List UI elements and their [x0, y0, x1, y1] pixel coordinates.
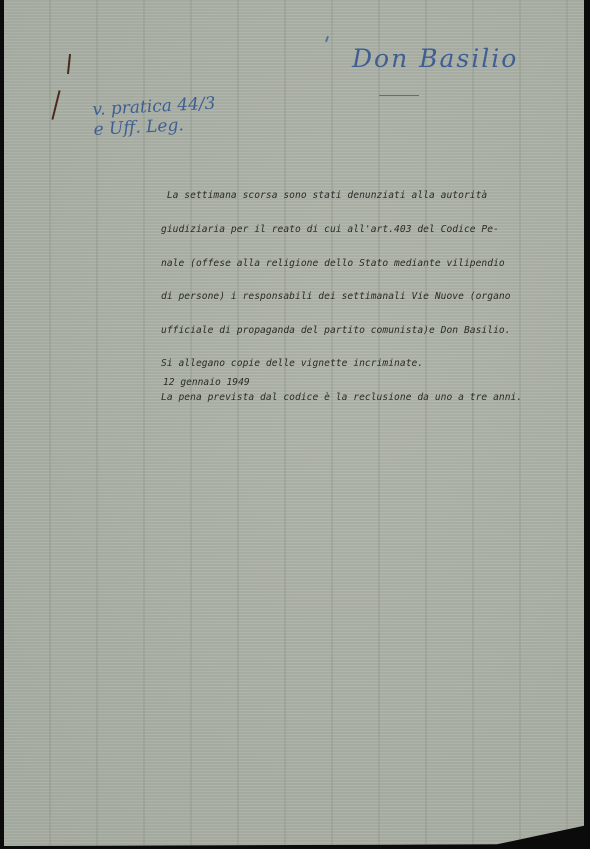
body-line: nale (offese alla religione dello Stato … [161, 258, 581, 269]
handwritten-heading: Don Basilio [352, 44, 518, 73]
body-line: La pena prevista dal codice è la reclusi… [161, 392, 581, 403]
body-line: di persone) i responsabili dei settimana… [161, 291, 581, 302]
document-date: 12 gennaio 1949 [163, 377, 250, 388]
body-line: ufficiale di propaganda del partito comu… [161, 325, 581, 336]
document-page: Don Basilio v. pratica 44/3 e Uff. Leg. … [4, 0, 584, 846]
body-line: Si allegano copie delle vignette incrimi… [161, 358, 581, 369]
body-line: giudiziaria per il reato di cui all'art.… [161, 224, 581, 235]
margin-pencil-mark [67, 54, 71, 74]
quote-mark [325, 36, 329, 42]
body-line: La settimana scorsa sono stati denunziat… [161, 190, 581, 201]
handwritten-margin-note: v. pratica 44/3 e Uff. Leg. [92, 94, 217, 140]
margin-pencil-mark [51, 90, 60, 120]
heading-underline [379, 95, 419, 96]
